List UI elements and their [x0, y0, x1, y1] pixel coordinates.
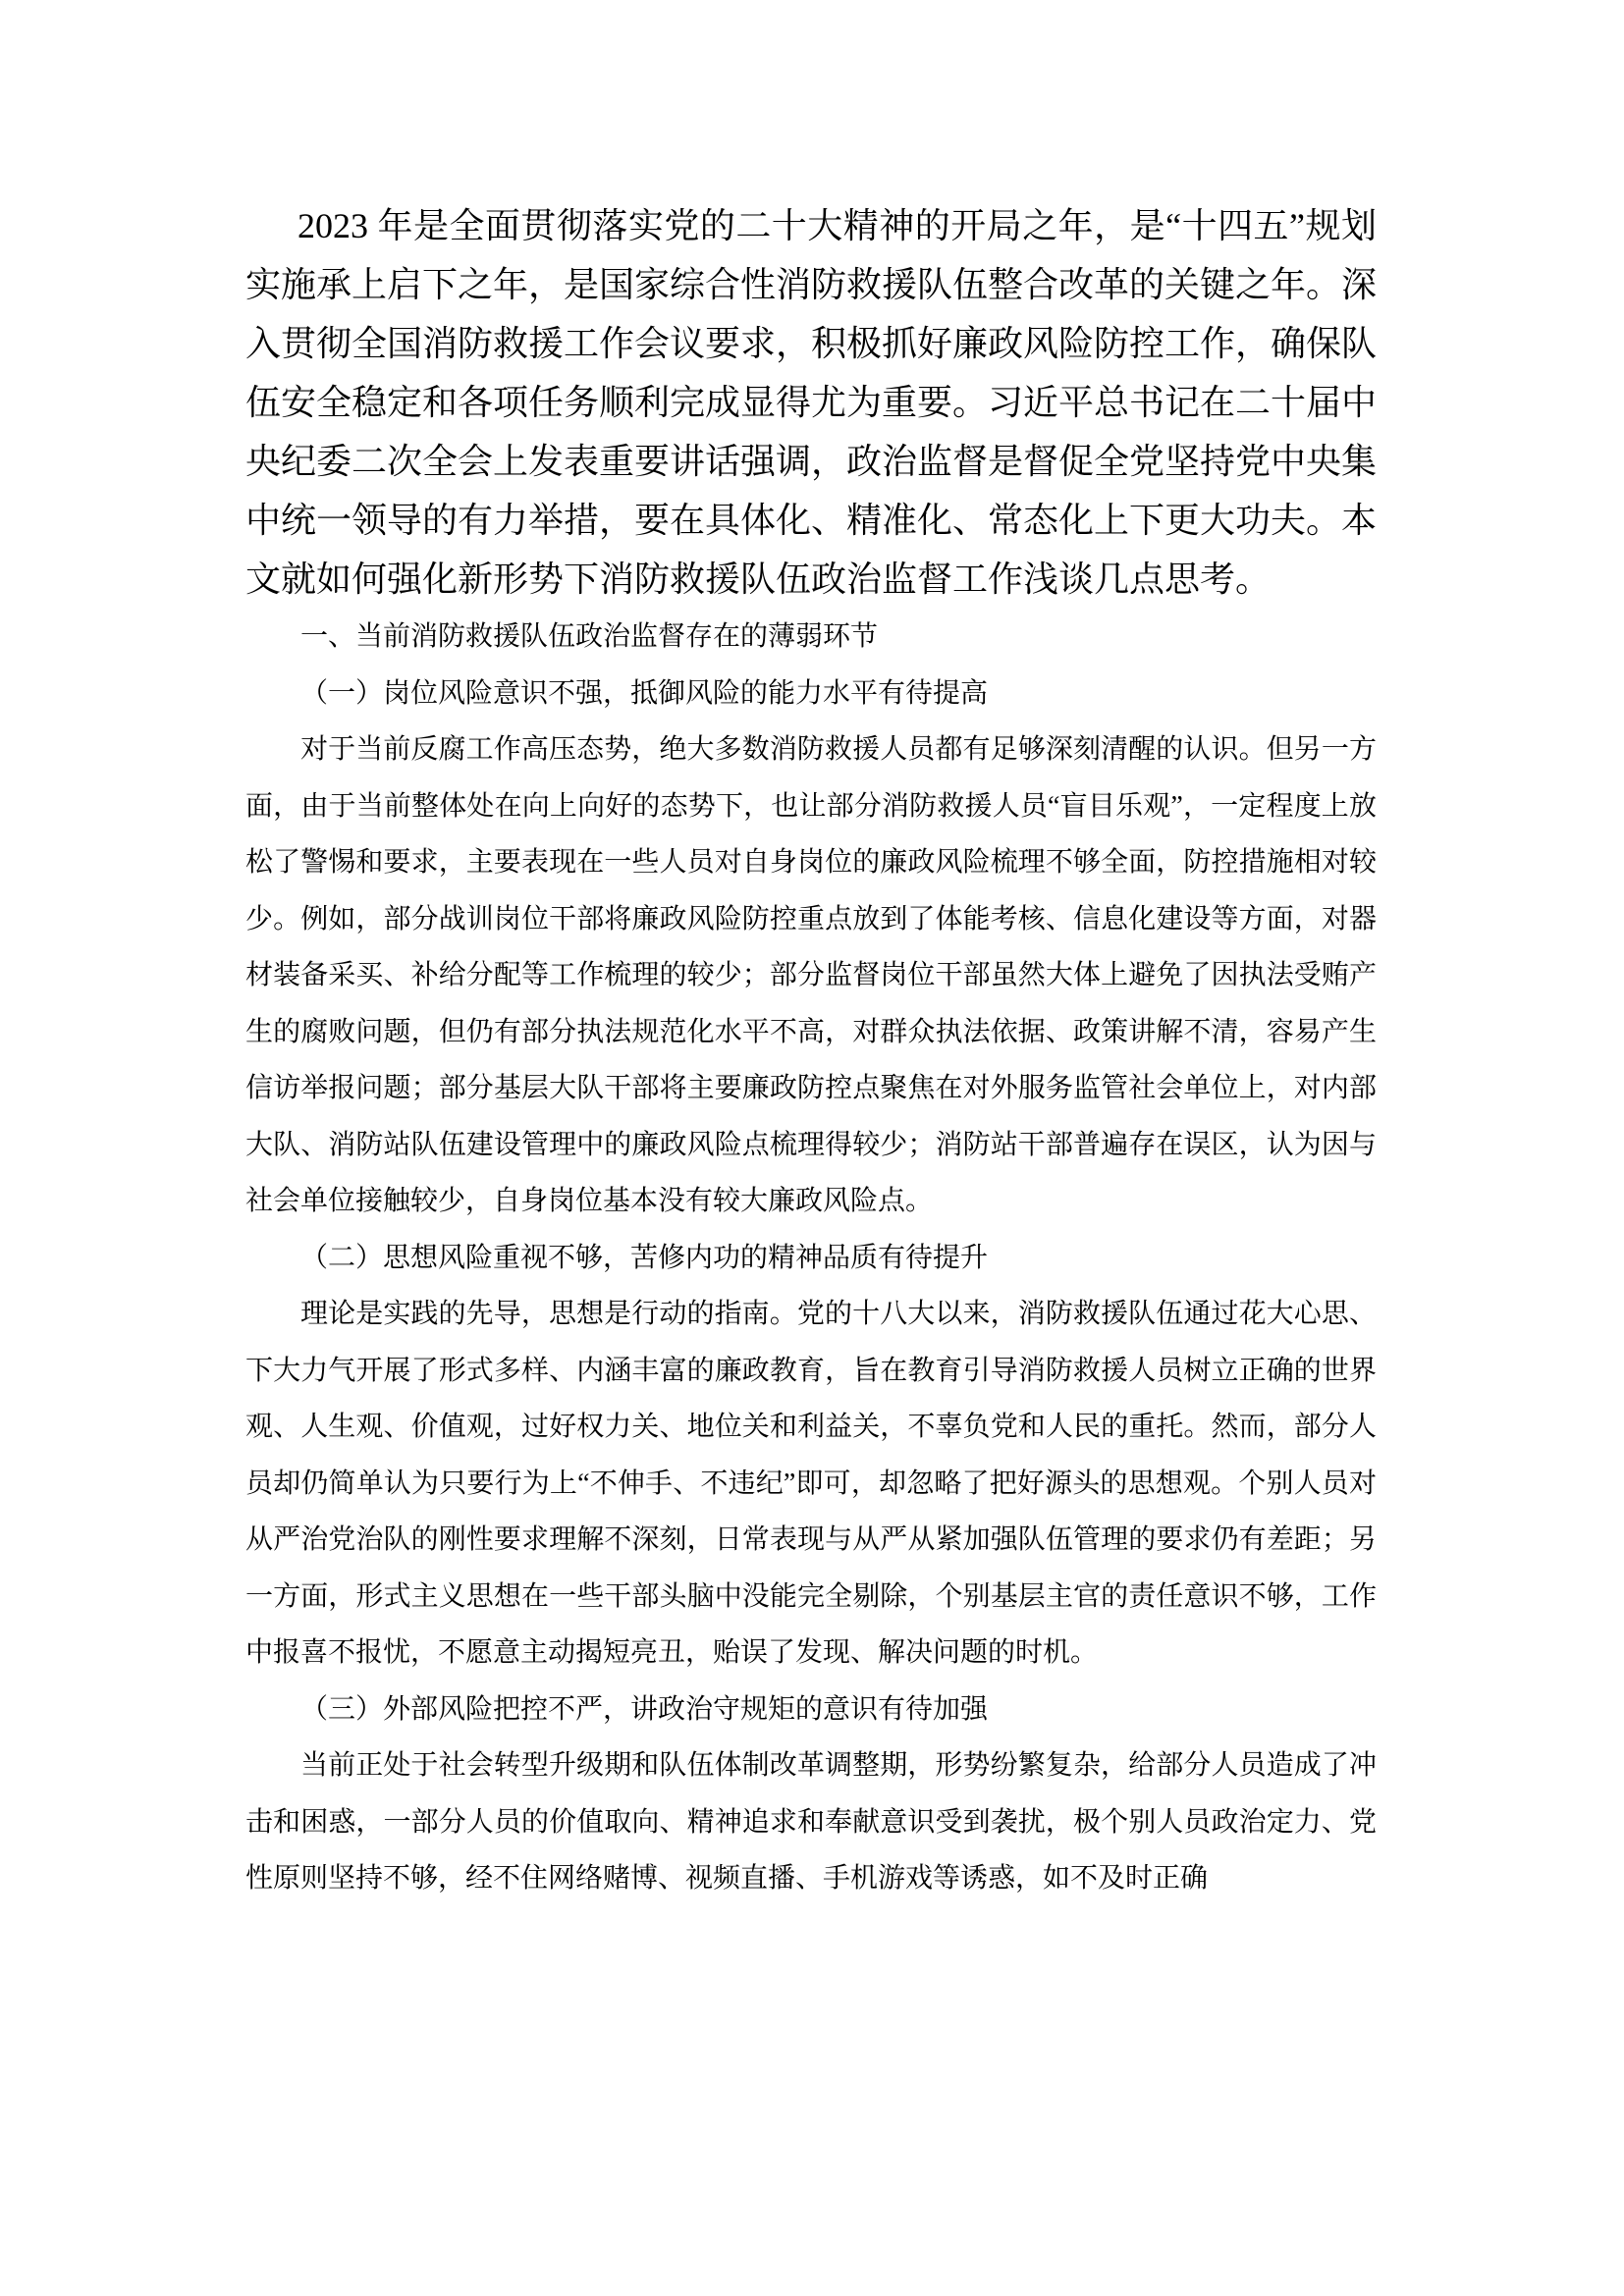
- subsection-heading-1-3: （三）外部风险把控不严，讲政治守规矩的意识有待加强: [245, 1682, 1377, 1738]
- paragraph-1-2: 理论是实践的先导，思想是行动的指南。党的十八大以来，消防救援队伍通过花大心思、下…: [245, 1286, 1377, 1682]
- paragraph-1-3: 当前正处于社会转型升级期和队伍体制改革调整期，形势纷繁复杂，给部分人员造成了冲击…: [245, 1737, 1377, 1907]
- section-heading-1: 一、当前消防救援队伍政治监督存在的薄弱环节: [245, 609, 1377, 666]
- subsection-heading-1-1: （一）岗位风险意识不强，抵御风险的能力水平有待提高: [245, 666, 1377, 722]
- document-page: 2023 年是全面贯彻落实党的二十大精神的开局之年，是“十四五”规划实施承上启下…: [0, 0, 1624, 2296]
- document-content: 2023 年是全面贯彻落实党的二十大精神的开局之年，是“十四五”规划实施承上启下…: [245, 196, 1377, 1907]
- subsection-heading-1-2: （二）思想风险重视不够，苦修内功的精神品质有待提升: [245, 1230, 1377, 1287]
- lead-paragraph: 2023 年是全面贯彻落实党的二十大精神的开局之年，是“十四五”规划实施承上启下…: [245, 196, 1377, 609]
- paragraph-1-1: 对于当前反腐工作高压态势，绝大多数消防救援人员都有足够深刻清醒的认识。但另一方面…: [245, 721, 1377, 1230]
